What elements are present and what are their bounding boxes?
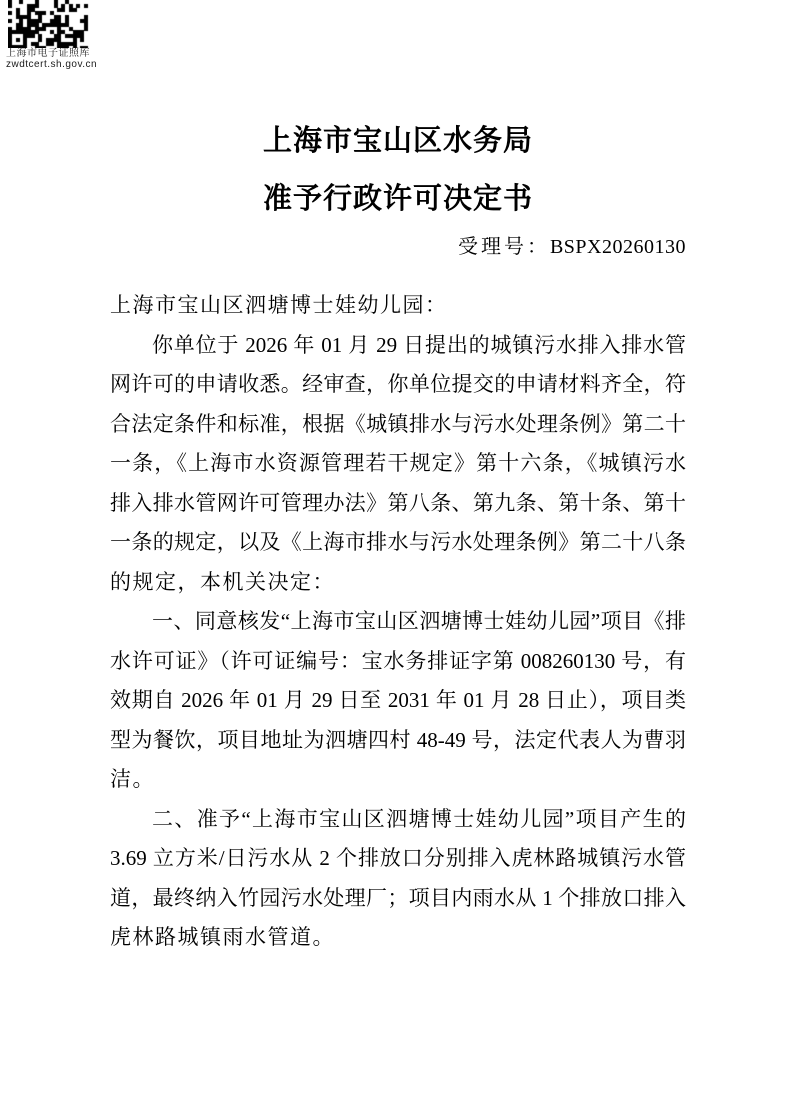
receipt-number-value: BSPX20260130 (550, 236, 686, 258)
document-title-issuer: 上海市宝山区水务局 (110, 124, 686, 158)
qr-caption-source: 上海市电子证照库 (6, 48, 106, 59)
body-line-addressee: 上海市宝山区泗塘博士娃幼儿园： (110, 286, 686, 326)
body-line: 3.69 立方米/日污水从 2 个排放口分别排入虎林路城镇污水管 (110, 839, 686, 879)
qr-caption-url: zwdtcert.sh.gov.cn (6, 59, 106, 70)
document-title-type: 准予行政许可决定书 (110, 182, 686, 216)
body-line: 的规定，本机关决定： (110, 563, 686, 603)
body-line: 排入排水管网许可管理办法》第八条、第九条、第十条、第十 (110, 484, 686, 524)
body-line: 虎林路城镇雨水管道。 (110, 918, 686, 958)
body-line: 洁。 (110, 760, 686, 800)
qr-code-icon (8, 0, 90, 48)
body-line: 道，最终纳入竹园污水处理厂；项目内雨水从 1 个排放口排入 (110, 879, 686, 919)
document-body: 上海市宝山区泗塘博士娃幼儿园： 你单位于 2026 年 01 月 29 日提出的… (110, 286, 686, 958)
body-line: 一条的规定，以及《上海市排水与污水处理条例》第二十八条 (110, 523, 686, 563)
document-content: 上海市宝山区水务局 准予行政许可决定书 受理号：BSPX20260130 上海市… (110, 0, 686, 958)
body-line: 水许可证》（许可证编号：宝水务排证字第 008260130 号，有 (110, 642, 686, 682)
body-line: 合法定条件和标准，根据《城镇排水与污水处理条例》第二十 (110, 405, 686, 445)
receipt-number-line: 受理号：BSPX20260130 (110, 235, 686, 259)
body-line-item-two: 二、准予“上海市宝山区泗塘博士娃幼儿园”项目产生的 (110, 800, 686, 840)
body-line: 型为餐饮，项目地址为泗塘四村 48-49 号，法定代表人为曹羽 (110, 721, 686, 761)
body-line: 你单位于 2026 年 01 月 29 日提出的城镇污水排入排水管 (110, 326, 686, 366)
body-line: 效期自 2026 年 01 月 29 日至 2031 年 01 月 28 日止）… (110, 681, 686, 721)
document-page: 上海市电子证照库 zwdtcert.sh.gov.cn 上海市宝山区水务局 准予… (0, 0, 794, 1093)
body-line-item-one: 一、同意核发“上海市宝山区泗塘博士娃幼儿园”项目《排 (110, 602, 686, 642)
body-line: 一条，《上海市水资源管理若干规定》第十六条，《城镇污水 (110, 444, 686, 484)
receipt-number-label: 受理号： (458, 236, 550, 258)
body-line: 网许可的申请收悉。经审查，你单位提交的申请材料齐全，符 (110, 365, 686, 405)
qr-block: 上海市电子证照库 zwdtcert.sh.gov.cn (6, 0, 106, 70)
